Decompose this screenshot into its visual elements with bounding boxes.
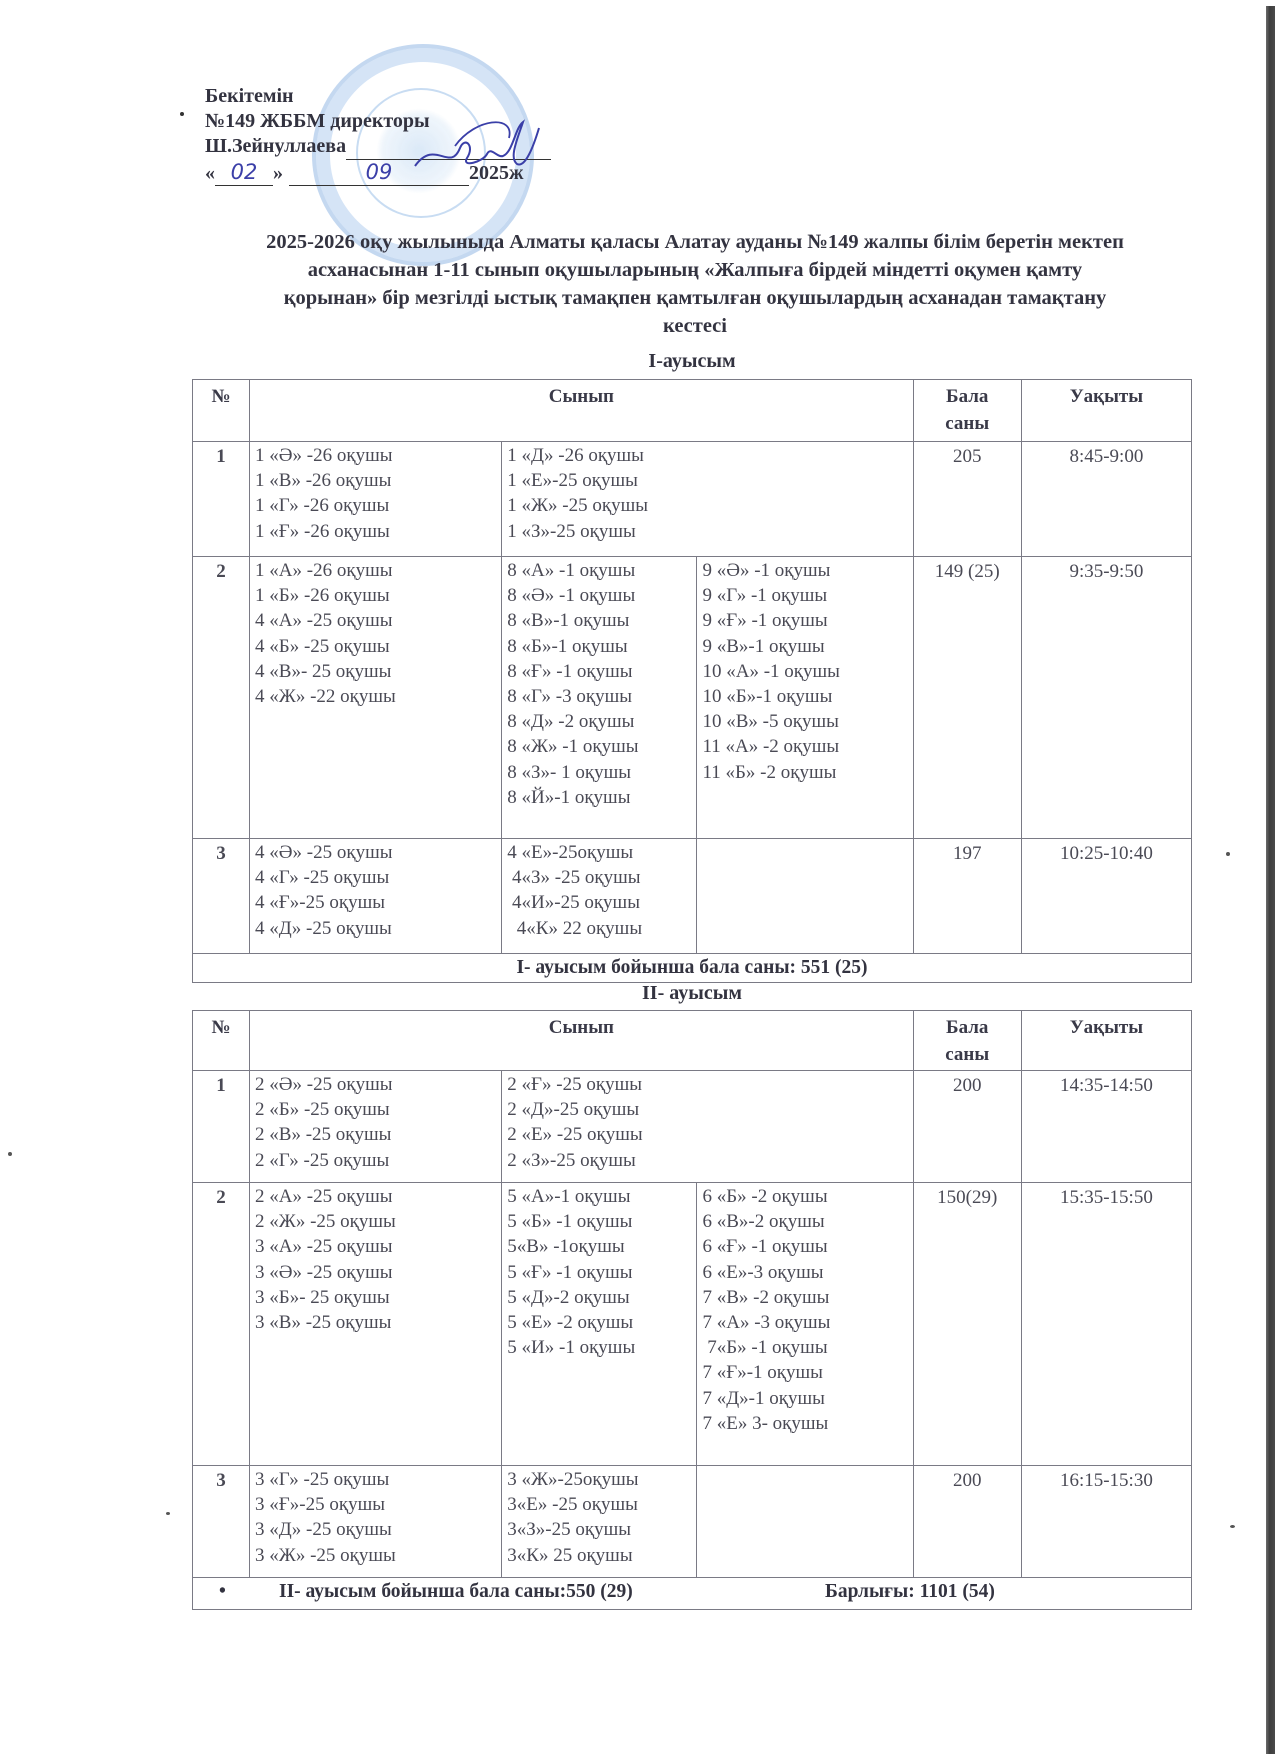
class-entry: 4 «А» -25 оқушы (255, 608, 501, 633)
class-entry: 2 «Ғ» -25 оқушы (507, 1072, 912, 1097)
class-list-b: 2 «Ғ» -25 оқушы2 «Д»-25 оқушы2 «Е» -25 о… (502, 1071, 913, 1183)
scan-speck (166, 1512, 170, 1515)
class-list-a: 3 «Г» -25 оқушы3 «Ғ»-25 оқушы3 «Д» -25 о… (250, 1466, 502, 1578)
shift2-summary-cell: • II- ауысым бойынша бала саны:550 (29) … (193, 1578, 1192, 1610)
class-entry: 4 «Ғ»-25 оқушы (255, 890, 501, 915)
class-entry: 6 «Ғ» -1 оқушы (702, 1234, 912, 1259)
title-line-2: асханасынан 1-11 сынып оқушыларының «Жал… (200, 256, 1190, 284)
header-num: № (193, 1011, 250, 1071)
class-entry: 1 «Г» -26 оқушы (255, 493, 501, 518)
class-list-b: 1 «Д» -26 оқушы1 «Е»-25 оқушы1 «Ж» -25 о… (502, 442, 913, 557)
table-row: 2 2 «А» -25 оқушы2 «Ж» -25 оқушы3 «А» -2… (193, 1183, 1192, 1466)
class-entry: 7 «Д»-1 оқушы (702, 1386, 912, 1411)
bullet-icon: • (219, 1578, 226, 1605)
class-entry: 8 «А» -1 оқушы (507, 558, 696, 583)
class-list-a: 2 «Ә» -25 оқушы2 «Б» -25 оқушы2 «В» -25 … (250, 1071, 502, 1183)
class-list-a: 1 «Ә» -26 оқушы1 «В» -26 оқушы1 «Г» -26 … (250, 442, 502, 557)
class-entry: 3 «Д» -25 оқушы (255, 1517, 501, 1542)
table-row: 2 1 «А» -26 оқушы1 «Б» -26 оқушы4 «А» -2… (193, 557, 1192, 839)
table-row: 3 3 «Г» -25 оқушы3 «Ғ»-25 оқушы3 «Д» -25… (193, 1466, 1192, 1578)
header-time: Уақыты (1021, 380, 1191, 442)
row-number: 1 (193, 442, 250, 557)
shift1-summary: I- ауысым бойынша бала саны: 551 (25) (193, 954, 1192, 983)
class-entry: 4 «Е»-25оқушы (507, 840, 696, 865)
class-entry: 3«З»-25 оқушы (507, 1517, 696, 1542)
title-line-4: кестесі (200, 312, 1190, 340)
class-entry: 4«И»-25 оқушы (507, 890, 696, 915)
date-day: 02 (215, 160, 273, 186)
shift1-table: № Сынып Баласаны Уақыты 1 1 «Ә» -26 оқуш… (192, 379, 1192, 983)
shift2-label: II- ауысым (192, 982, 1192, 1005)
class-entry: 8 «Б»-1 оқушы (507, 634, 696, 659)
class-entry: 9 «Ә» -1 оқушы (702, 558, 912, 583)
class-entry: 8 «В»-1 оқушы (507, 608, 696, 633)
student-count: 205 (913, 442, 1021, 557)
meal-time: 9:35-9:50 (1021, 557, 1191, 839)
class-entry: 5 «И» -1 оқушы (507, 1335, 696, 1360)
class-entry: 7 «В» -2 оқушы (702, 1285, 912, 1310)
class-list-b: 4 «Е»-25оқушы 4«З» -25 оқушы 4«И»-25 оқу… (502, 839, 697, 954)
class-entry: 8 «Г» -3 оқушы (507, 684, 696, 709)
row-number: 1 (193, 1071, 250, 1183)
class-entry: 10 «Б»-1 оқушы (702, 684, 912, 709)
class-entry: 4 «Г» -25 оқушы (255, 865, 501, 890)
date-close-quote: » (273, 162, 283, 184)
class-entry: 8 «Ә» -1 оқушы (507, 583, 696, 608)
summary-row: I- ауысым бойынша бала саны: 551 (25) (193, 954, 1192, 983)
class-entry: 3 «Ә» -25 оқушы (255, 1260, 501, 1285)
meal-time: 10:25-10:40 (1021, 839, 1191, 954)
student-count: 150(29) (913, 1183, 1021, 1466)
student-count: 149 (25) (913, 557, 1021, 839)
class-entry: 2 «Г» -25 оқушы (255, 1148, 501, 1173)
class-entry: 7 «Е» 3- оқушы (702, 1411, 912, 1436)
title-line-1: 2025-2026 оқу жылыныда Алматы қаласы Ала… (200, 228, 1190, 256)
class-entry: 4 «В»- 25 оқушы (255, 659, 501, 684)
header-count: Баласаны (913, 380, 1021, 442)
class-entry: 5 «А»-1 оқушы (507, 1184, 696, 1209)
class-list-c: 6 «Б» -2 оқушы6 «В»-2 оқушы6 «Ғ» -1 оқуш… (697, 1183, 913, 1466)
class-entry: 5 «Д»-2 оқушы (507, 1285, 696, 1310)
class-list-c (697, 839, 913, 954)
class-entry: 3 «Г» -25 оқушы (255, 1467, 501, 1492)
header-row: № Сынып Баласаны Уақыты (193, 1011, 1192, 1071)
class-entry: 3 «Ғ»-25 оқушы (255, 1492, 501, 1517)
class-entry: 1 «В» -26 оқушы (255, 468, 501, 493)
header-class: Сынып (250, 1011, 914, 1071)
class-entry: 1 «Ғ» -26 оқушы (255, 519, 501, 544)
class-entry: 1 «З»-25 оқушы (507, 519, 912, 544)
class-entry: 6 «Б» -2 оқушы (702, 1184, 912, 1209)
meal-time: 14:35-14:50 (1021, 1071, 1191, 1183)
class-entry: 6 «В»-2 оқушы (702, 1209, 912, 1234)
class-list-c: 9 «Ә» -1 оқушы9 «Г» -1 оқушы9 «Ғ» -1 оқу… (697, 557, 913, 839)
class-entry: 3«К» 25 оқушы (507, 1543, 696, 1568)
class-entry: 11 «Б» -2 оқушы (702, 760, 912, 785)
class-entry: 1 «Д» -26 оқушы (507, 443, 912, 468)
class-entry: 3 «Ж» -25 оқушы (255, 1543, 501, 1568)
class-entry: 3 «В» -25 оқушы (255, 1310, 501, 1335)
class-entry: 2 «З»-25 оқушы (507, 1148, 912, 1173)
student-count: 200 (913, 1466, 1021, 1578)
class-entry: 1 «Ж» -25 оқушы (507, 493, 912, 518)
class-entry: 8 «Й»-1 оқушы (507, 785, 696, 810)
class-entry: 5 «Б» -1 оқушы (507, 1209, 696, 1234)
class-entry: 3 «А» -25 оқушы (255, 1234, 501, 1259)
class-entry: 3 «Б»- 25 оқушы (255, 1285, 501, 1310)
class-list-a: 4 «Ә» -25 оқушы4 «Г» -25 оқушы4 «Ғ»-25 о… (250, 839, 502, 954)
document-title: 2025-2026 оқу жылыныда Алматы қаласы Ала… (200, 228, 1190, 340)
class-entry: 2 «Ә» -25 оқушы (255, 1072, 501, 1097)
row-number: 3 (193, 1466, 250, 1578)
table-row: 1 2 «Ә» -25 оқушы2 «Б» -25 оқушы2 «В» -2… (193, 1071, 1192, 1183)
class-entry: 9 «Ғ» -1 оқушы (702, 608, 912, 633)
header-count: Баласаны (913, 1011, 1021, 1071)
header-time: Уақыты (1021, 1011, 1191, 1071)
class-entry: 2 «Б» -25 оқушы (255, 1097, 501, 1122)
class-list-c (697, 1466, 913, 1578)
row-number: 2 (193, 557, 250, 839)
class-entry: 5 «Е» -2 оқушы (507, 1310, 696, 1335)
class-entry: 8 «З»- 1 оқушы (507, 760, 696, 785)
class-entry: 8 «Д» -2 оқушы (507, 709, 696, 734)
class-entry: 2 «В» -25 оқушы (255, 1122, 501, 1147)
director-name: Ш.Зейнуллаева (205, 135, 346, 157)
class-entry: 8 «Ғ» -1 оқушы (507, 659, 696, 684)
approval-title: Бекітемін (205, 84, 551, 109)
class-entry: 2 «А» -25 оқушы (255, 1184, 501, 1209)
class-entry: 5 «Ғ» -1 оқушы (507, 1260, 696, 1285)
meal-time: 8:45-9:00 (1021, 442, 1191, 557)
row-number: 3 (193, 839, 250, 954)
shift1-label: I-ауысым (192, 350, 1192, 373)
class-entry: 1 «Е»-25 оқушы (507, 468, 912, 493)
class-entry: 4 «Д» -25 оқушы (255, 916, 501, 941)
header-row: № Сынып Баласаны Уақыты (193, 380, 1192, 442)
class-entry: 7 «Ғ»-1 оқушы (702, 1360, 912, 1385)
summary-row: • II- ауысым бойынша бала саны:550 (29) … (193, 1578, 1192, 1610)
scan-speck (1230, 1525, 1235, 1528)
class-list-b: 3 «Ж»-25оқушы3«Е» -25 оқушы3«З»-25 оқушы… (502, 1466, 697, 1578)
shift2-table: № Сынып Баласаны Уақыты 1 2 «Ә» -25 оқуш… (192, 1010, 1192, 1610)
class-entry: 2 «Д»-25 оқушы (507, 1097, 912, 1122)
table-row: 1 1 «Ә» -26 оқушы1 «В» -26 оқушы1 «Г» -2… (193, 442, 1192, 557)
scan-speck (8, 1152, 12, 1156)
class-entry: 4 «Ә» -25 оқушы (255, 840, 501, 865)
shift2-summary: II- ауысым бойынша бала саны:550 (29) (279, 1578, 633, 1605)
class-entry: 9 «Г» -1 оқушы (702, 583, 912, 608)
scan-speck (1226, 852, 1230, 856)
signature-icon (405, 118, 545, 178)
date-open-quote: « (205, 162, 215, 184)
class-entry: 7 «А» -3 оқушы (702, 1310, 912, 1335)
class-entry: 1 «Ә» -26 оқушы (255, 443, 501, 468)
grand-total: Барлығы: 1101 (54) (825, 1578, 995, 1605)
title-line-3: қорынан» бір мезгілді ыстық тамақпен қам… (200, 284, 1190, 312)
meal-time: 16:15-15:30 (1021, 1466, 1191, 1578)
table-row: 3 4 «Ә» -25 оқушы4 «Г» -25 оқушы4 «Ғ»-25… (193, 839, 1192, 954)
class-entry: 3 «Ж»-25оқушы (507, 1467, 696, 1492)
class-entry: 11 «А» -2 оқушы (702, 734, 912, 759)
class-entry: 1 «Б» -26 оқушы (255, 583, 501, 608)
class-entry: 4«З» -25 оқушы (507, 865, 696, 890)
class-entry: 2 «Е» -25 оқушы (507, 1122, 912, 1147)
class-entry: 4 «Б» -25 оқушы (255, 634, 501, 659)
class-entry: 4 «Ж» -22 оқушы (255, 684, 501, 709)
class-list-a: 2 «А» -25 оқушы2 «Ж» -25 оқушы3 «А» -25 … (250, 1183, 502, 1466)
meal-time: 15:35-15:50 (1021, 1183, 1191, 1466)
class-entry: 7«Б» -1 оқушы (702, 1335, 912, 1360)
class-entry: 8 «Ж» -1 оқушы (507, 734, 696, 759)
scan-edge-shadow (1266, 6, 1275, 1754)
student-count: 200 (913, 1071, 1021, 1183)
class-entry: 9 «В»-1 оқушы (702, 634, 912, 659)
class-list-a: 1 «А» -26 оқушы1 «Б» -26 оқушы4 «А» -25 … (250, 557, 502, 839)
class-entry: 4«К» 22 оқушы (507, 916, 696, 941)
class-entry: 1 «А» -26 оқушы (255, 558, 501, 583)
header-class: Сынып (250, 380, 914, 442)
class-entry: 3«Е» -25 оқушы (507, 1492, 696, 1517)
bullet-mark (180, 112, 184, 116)
class-entry: 5«В» -1оқушы (507, 1234, 696, 1259)
class-entry: 10 «А» -1 оқушы (702, 659, 912, 684)
class-list-b: 8 «А» -1 оқушы8 «Ә» -1 оқушы8 «В»-1 оқуш… (502, 557, 697, 839)
class-entry: 2 «Ж» -25 оқушы (255, 1209, 501, 1234)
student-count: 197 (913, 839, 1021, 954)
class-list-b: 5 «А»-1 оқушы5 «Б» -1 оқушы5«В» -1оқушы5… (502, 1183, 697, 1466)
class-entry: 10 «В» -5 оқушы (702, 709, 912, 734)
row-number: 2 (193, 1183, 250, 1466)
class-entry: 6 «Е»-3 оқушы (702, 1260, 912, 1285)
header-num: № (193, 380, 250, 442)
